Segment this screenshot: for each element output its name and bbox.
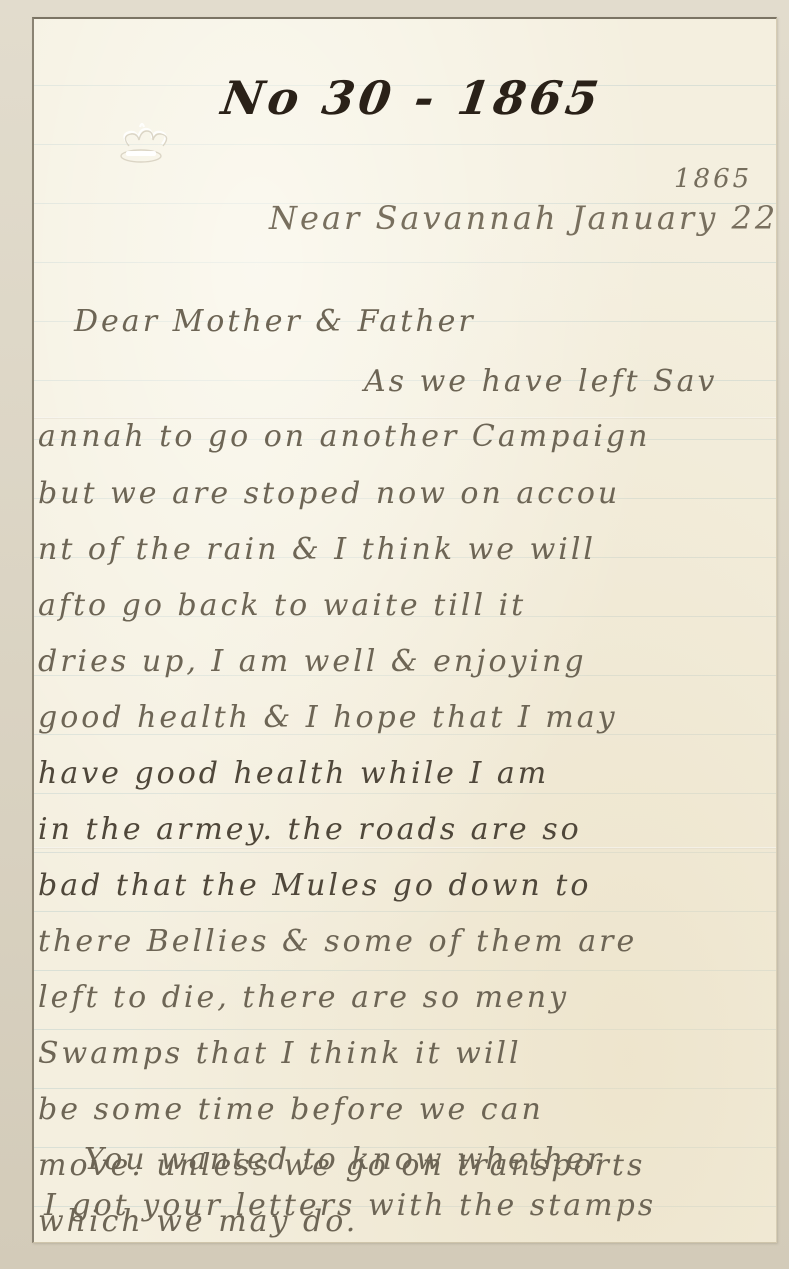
body-line: As we have left Sav [364, 364, 717, 399]
document-number: No 30 - 1865 [218, 71, 605, 125]
dateline: Near Savannah January 22 [269, 199, 778, 237]
body-line: have good health while I am [38, 756, 549, 791]
body-line: I got your letters with the stamps [44, 1188, 656, 1223]
body-line: left to die, there are so meny [38, 980, 569, 1015]
body-line: good health & I hope that I may [38, 700, 618, 735]
body-line: annah to go on another Campaign [38, 419, 650, 454]
body-line: in the armey. the roads are so [38, 812, 582, 847]
body-line: but we are stoped now on accou [38, 476, 620, 511]
body-line: nt of the rain & I think we will [38, 532, 596, 567]
body-line: Swamps that I think it will [38, 1036, 522, 1071]
year-annotation: 1865 [674, 164, 752, 194]
salutation: Dear Mother & Father [74, 304, 476, 339]
body-line: dries up, I am well & enjoying [38, 644, 587, 679]
fold-crease [34, 847, 776, 849]
body-line: bad that the Mules go down to [38, 868, 591, 903]
body-line: You wanted to know whether [84, 1142, 604, 1177]
embossed-crown-seal-icon [104, 114, 179, 169]
body-line: afto go back to waite till it [38, 588, 526, 623]
body-line: be some time before we can [38, 1092, 544, 1127]
body-line: there Bellies & some of them are [38, 924, 637, 959]
letter-sheet: No 30 - 1865 1865 Near Savannah January … [32, 17, 777, 1243]
